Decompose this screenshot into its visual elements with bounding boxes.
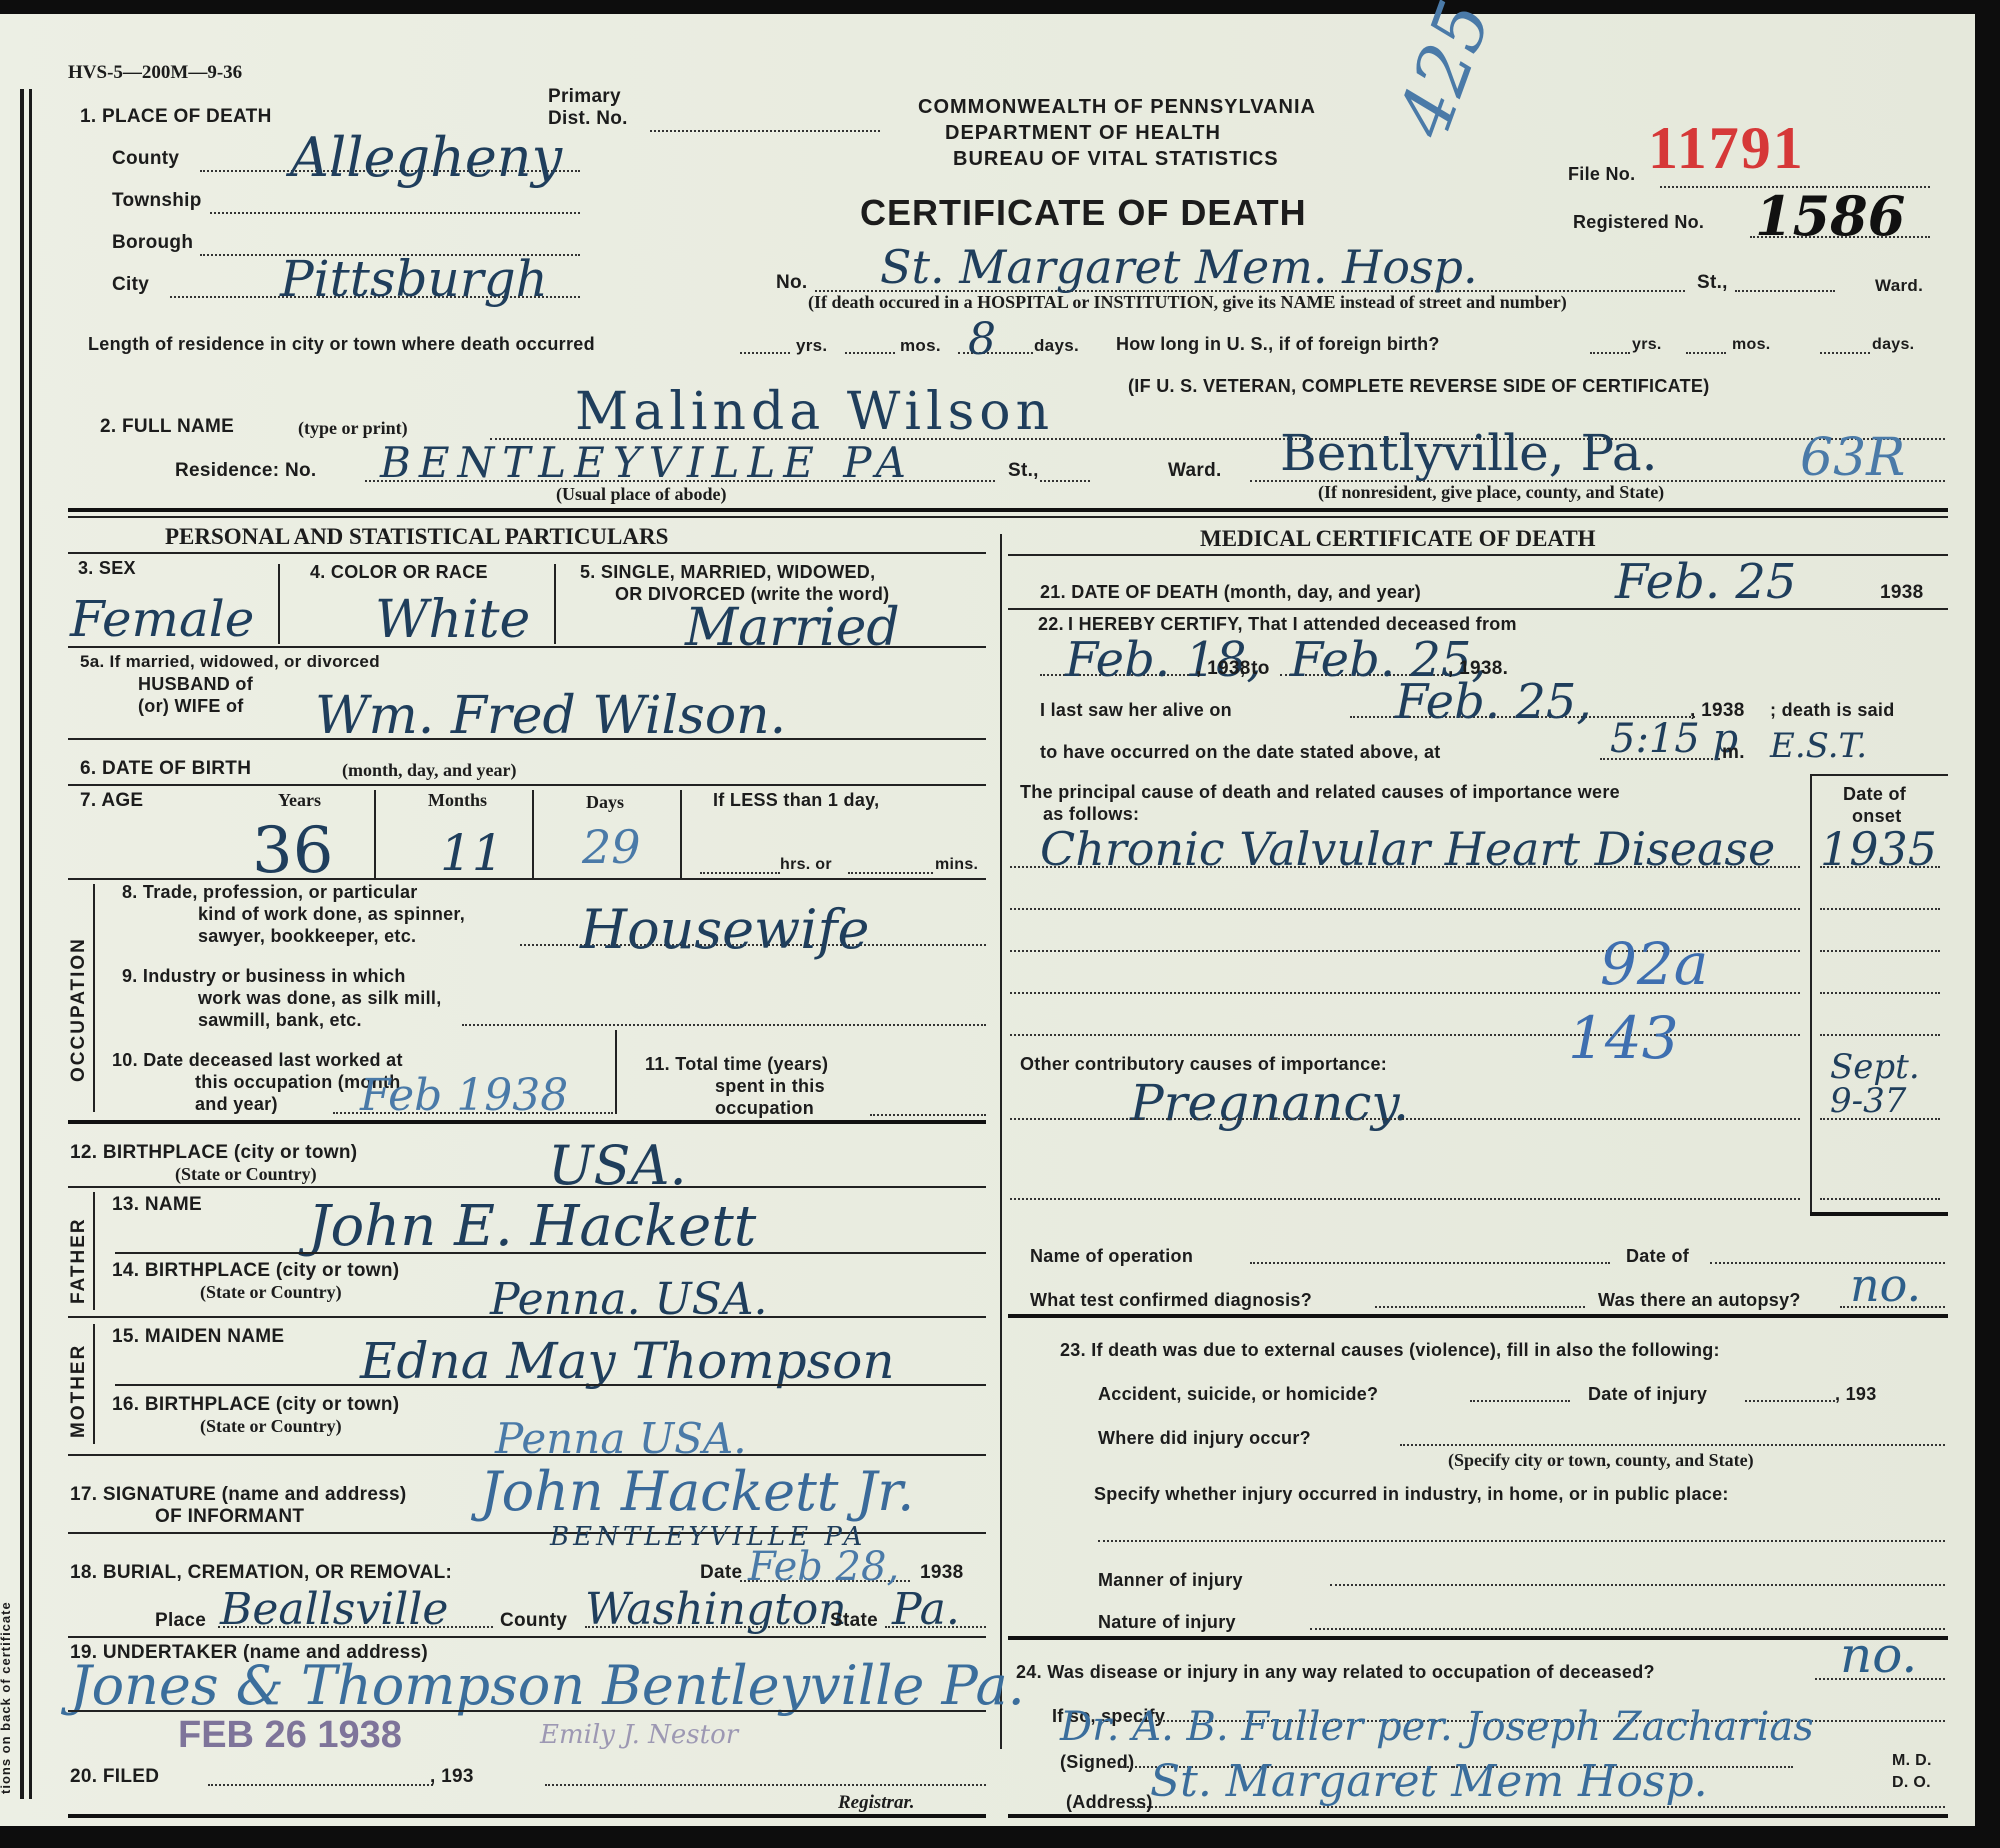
contributory-onset-value: Sept. 9-37 [1830,1050,1950,1118]
spouse-label-2: HUSBAND of [138,674,253,695]
ward-label: Ward. [1875,276,1923,296]
dod-value: Feb. 25 [1615,554,1796,610]
burial-date-label: Date [700,1562,742,1584]
residence-days-value: 8 [968,314,996,365]
last-worked-value: Feb 1938 [360,1070,568,1121]
veteran-note: (IF U. S. VETERAN, COMPLETE REVERSE SIDE… [1128,376,1710,397]
race-label: 4. COLOR OR RACE [310,562,488,583]
dob-note: (month, day, and year) [342,760,517,781]
age-years-value: 36 [252,814,333,888]
header-commonwealth: COMMONWEALTH OF PENNSYLVANIA [918,96,1316,119]
residence-length-label: Length of residence in city or town wher… [88,334,595,355]
nonresident-note: (If nonresident, give place, county, and… [1318,482,1664,503]
trade-label-1: 8. Trade, profession, or particular [122,882,418,903]
less-than-day-label: If LESS than 1 day, [713,790,879,811]
contributory-label: Other contributory causes of importance: [1020,1054,1387,1075]
onset-label-1: Date of [1843,784,1906,805]
city-value: Pittsburgh [280,250,548,308]
undertaker-value: Jones & Thompson Bentleyville Pa. [70,1654,1025,1717]
operation-label: Name of operation [1030,1246,1193,1267]
mother-name-value: Edna May Thompson [360,1332,895,1390]
residence-no-value: BENTLEYVILLE PA [380,438,914,487]
father-birthplace-label-2: (State or Country) [200,1282,342,1303]
occurred-label: to have occurred on the date stated abov… [1040,742,1441,763]
residence-code: 63R [1800,428,1905,488]
trade-label-3: sawyer, bookkeeper, etc. [198,926,416,947]
certify-number: 22. [1038,614,1064,635]
marital-label-1: 5. SINGLE, MARRIED, WIDOWED, [580,562,875,583]
foreign-yrs-label: yrs. [1632,336,1662,354]
trade-label-2: kind of work done, as spinner, [198,904,465,925]
foreign-days-label: days. [1872,336,1914,354]
margin-note: 425 [1381,0,1507,148]
time-value: 5:15 p [1610,716,1738,762]
full-name-note: (type or print) [298,418,408,439]
address-no-label: No. [776,272,808,294]
total-time-label-3: occupation [715,1098,814,1119]
age-days-value: 29 [582,820,641,874]
occupation-side-label: OCCUPATION [68,937,90,1082]
test-label: What test confirmed diagnosis? [1030,1290,1312,1311]
autopsy-label: Was there an autopsy? [1598,1290,1801,1311]
header-department: DEPARTMENT OF HEALTH [945,122,1221,145]
registered-no-value: 1586 [1755,184,1905,248]
burial-place-label: Place [155,1610,206,1632]
occupation-related-value: no. [1840,1626,1917,1684]
city-label: City [112,274,149,296]
last-worked-label-1: 10. Date deceased last worked at [112,1050,403,1071]
trade-value: Housewife [580,898,870,961]
personal-section-title: PERSONAL AND STATISTICAL PARTICULARS [165,524,668,550]
mins-label: mins. [935,856,978,874]
header-bureau: BUREAU OF VITAL STATISTICS [953,148,1279,171]
county-label: County [112,148,179,170]
sex-value: Female [70,590,254,648]
physician-address: St. Margaret Mem Hosp. [1150,1756,1708,1807]
total-time-label-2: spent in this [715,1076,825,1097]
file-no-label: File No. [1568,164,1635,185]
spouse-label-1: 5a. If married, widowed, or divorced [80,652,380,672]
dob-label: 6. DATE OF BIRTH [80,758,251,780]
st-label: St., [1697,272,1728,294]
residence-label: Residence: No. [175,460,316,482]
left-border-outer [20,89,24,1799]
years-label: Years [278,790,321,811]
burial-county-label: County [500,1610,567,1632]
industry-label-1: 9. Industry or business in which [122,966,406,987]
foreign-mos-label: mos. [1732,336,1771,354]
where-injury-label: Where did injury occur? [1098,1428,1311,1449]
months-label: Months [428,790,487,811]
residence-yrs-label: yrs. [796,336,827,356]
institution-note: (If death occured in a HOSPITAL or INSTI… [808,292,1567,313]
total-time-label-1: 11. Total time (years) [645,1054,828,1075]
father-name-value: John E. Hackett [308,1194,756,1259]
left-border-inner [29,89,32,1799]
death-certificate: tions on back of certificate HVS-5—200M—… [0,14,1975,1826]
filed-year: , 193 [430,1766,474,1788]
residence-st-label: St., [1008,460,1039,482]
dod-year: 1938 [1880,582,1923,604]
full-name-label: 2. FULL NAME [100,416,234,438]
mother-birthplace-label-2: (State or Country) [200,1416,342,1437]
sex-label: 3. SEX [78,558,136,579]
form-code: HVS-5—200M—9-36 [68,62,242,84]
age-label: 7. AGE [80,790,143,812]
cause-label-1: The principal cause of death and related… [1020,782,1620,803]
hrs-label: hrs. or [780,856,832,874]
death-said-label: ; death is said [1770,700,1895,721]
borough-label: Borough [112,232,193,254]
burial-county-value: Washington [585,1584,847,1635]
spouse-label-3: (or) WIFE of [138,696,244,717]
accident-label: Accident, suicide, or homicide? [1098,1384,1378,1405]
burial-year: 1938 [920,1562,963,1584]
burial-state-label: State [830,1610,878,1632]
injury-year: , 193 [1835,1384,1877,1405]
institution-value: St. Margaret Mem. Hosp. [880,240,1478,294]
burial-label: 18. BURIAL, CREMATION, OR REMOVAL: [70,1562,452,1584]
last-saw-value: Feb. 25, [1395,674,1592,730]
registered-no-label: Registered No. [1573,212,1704,233]
county-value: Allegheny [290,126,562,189]
registrar-label: Registrar. [838,1792,915,1814]
mother-name-label: 15. MAIDEN NAME [112,1326,284,1348]
township-label: Township [112,190,202,212]
signed-label: (Signed) [1060,1752,1134,1773]
residence-days-label: days. [1034,336,1079,356]
certificate-title: CERTIFICATE OF DEATH [860,192,1307,234]
contributory-value: Pregnancy. [1130,1074,1409,1132]
mother-side-label: MOTHER [68,1344,90,1438]
birthplace-label-2: (State or Country) [175,1164,317,1185]
foreign-birth-label: How long in U. S., if of foreign birth? [1116,334,1440,355]
residence-mos-label: mos. [900,336,941,356]
cause-code-1: 92a [1600,930,1708,998]
where-injury-note: (Specify city or town, county, and State… [1448,1450,1754,1471]
industry-label-3: sawmill, bank, etc. [198,1010,362,1031]
birthplace-label-1: 12. BIRTHPLACE (city or town) [70,1142,357,1164]
registrar-signature: Emily J. Nestor [540,1720,738,1750]
operation-date-label: Date of [1626,1246,1689,1267]
manner-label: Manner of injury [1098,1570,1243,1591]
md-label: M. D. [1892,1752,1932,1770]
time-zone: E.S.T. [1770,726,1867,766]
primary-label: Primary [548,86,621,108]
last-worked-label-3: and year) [195,1094,278,1115]
residence-ward-label: Ward. [1168,460,1222,482]
place-of-death-label: 1. PLACE OF DEATH [80,106,272,128]
nature-label: Nature of injury [1098,1612,1236,1633]
marital-value: Married [685,598,900,658]
external-causes-label: 23. If death was due to external causes … [1060,1340,1720,1361]
full-name-value: Malinda Wilson [575,382,1054,442]
filed-date-stamp: FEB 26 1938 [178,1714,402,1757]
informant-label-2: OF INFORMANT [155,1506,304,1528]
age-months-value: 11 [440,824,504,882]
to-label: , to [1240,658,1270,680]
mother-birthplace-label-1: 16. BIRTHPLACE (city or town) [112,1394,399,1416]
do-label: D. O. [1892,1774,1931,1792]
father-birthplace-label-1: 14. BIRTHPLACE (city or town) [112,1260,399,1282]
file-no-stamp: 11791 [1648,114,1805,183]
father-name-label: 13. NAME [112,1194,202,1216]
injury-date-label: Date of injury [1588,1384,1707,1405]
address-label: (Address) [1066,1792,1153,1813]
filed-label: 20. FILED [70,1766,159,1788]
residence-ward-value: Bentlyville, Pa. [1280,424,1658,482]
spouse-value: Wm. Fred Wilson. [315,686,786,746]
informant-signature: John Hackett Jr. [480,1460,914,1523]
days-label: Days [586,792,624,813]
autopsy-value: no. [1850,1258,1921,1312]
informant-label-1: 17. SIGNATURE (name and address) [70,1484,407,1506]
specify-injury-label: Specify whether injury occurred in indus… [1094,1484,1729,1505]
medical-section-title: MEDICAL CERTIFICATE OF DEATH [1200,526,1596,552]
burial-place-value: Beallsville [220,1584,448,1635]
time-suffix: m. [1722,742,1745,764]
cause-code-2: 143 [1568,1004,1679,1072]
dod-label: 21. DATE OF DEATH (month, day, and year) [1040,582,1421,603]
margin-text: tions on back of certificate [0,1601,13,1794]
abode-note: (Usual place of abode) [556,484,727,505]
physician-signature: Dr. A. B. Fuller per. Joseph Zacharias [1060,1704,1814,1750]
last-saw-label: I last saw her alive on [1040,700,1232,721]
race-value: White [375,590,530,650]
burial-state-value: Pa. [892,1584,960,1635]
industry-label-2: work was done, as silk mill, [198,988,442,1009]
father-side-label: FATHER [68,1217,90,1304]
occupation-related-label: 24. Was disease or injury in any way rel… [1016,1662,1655,1683]
